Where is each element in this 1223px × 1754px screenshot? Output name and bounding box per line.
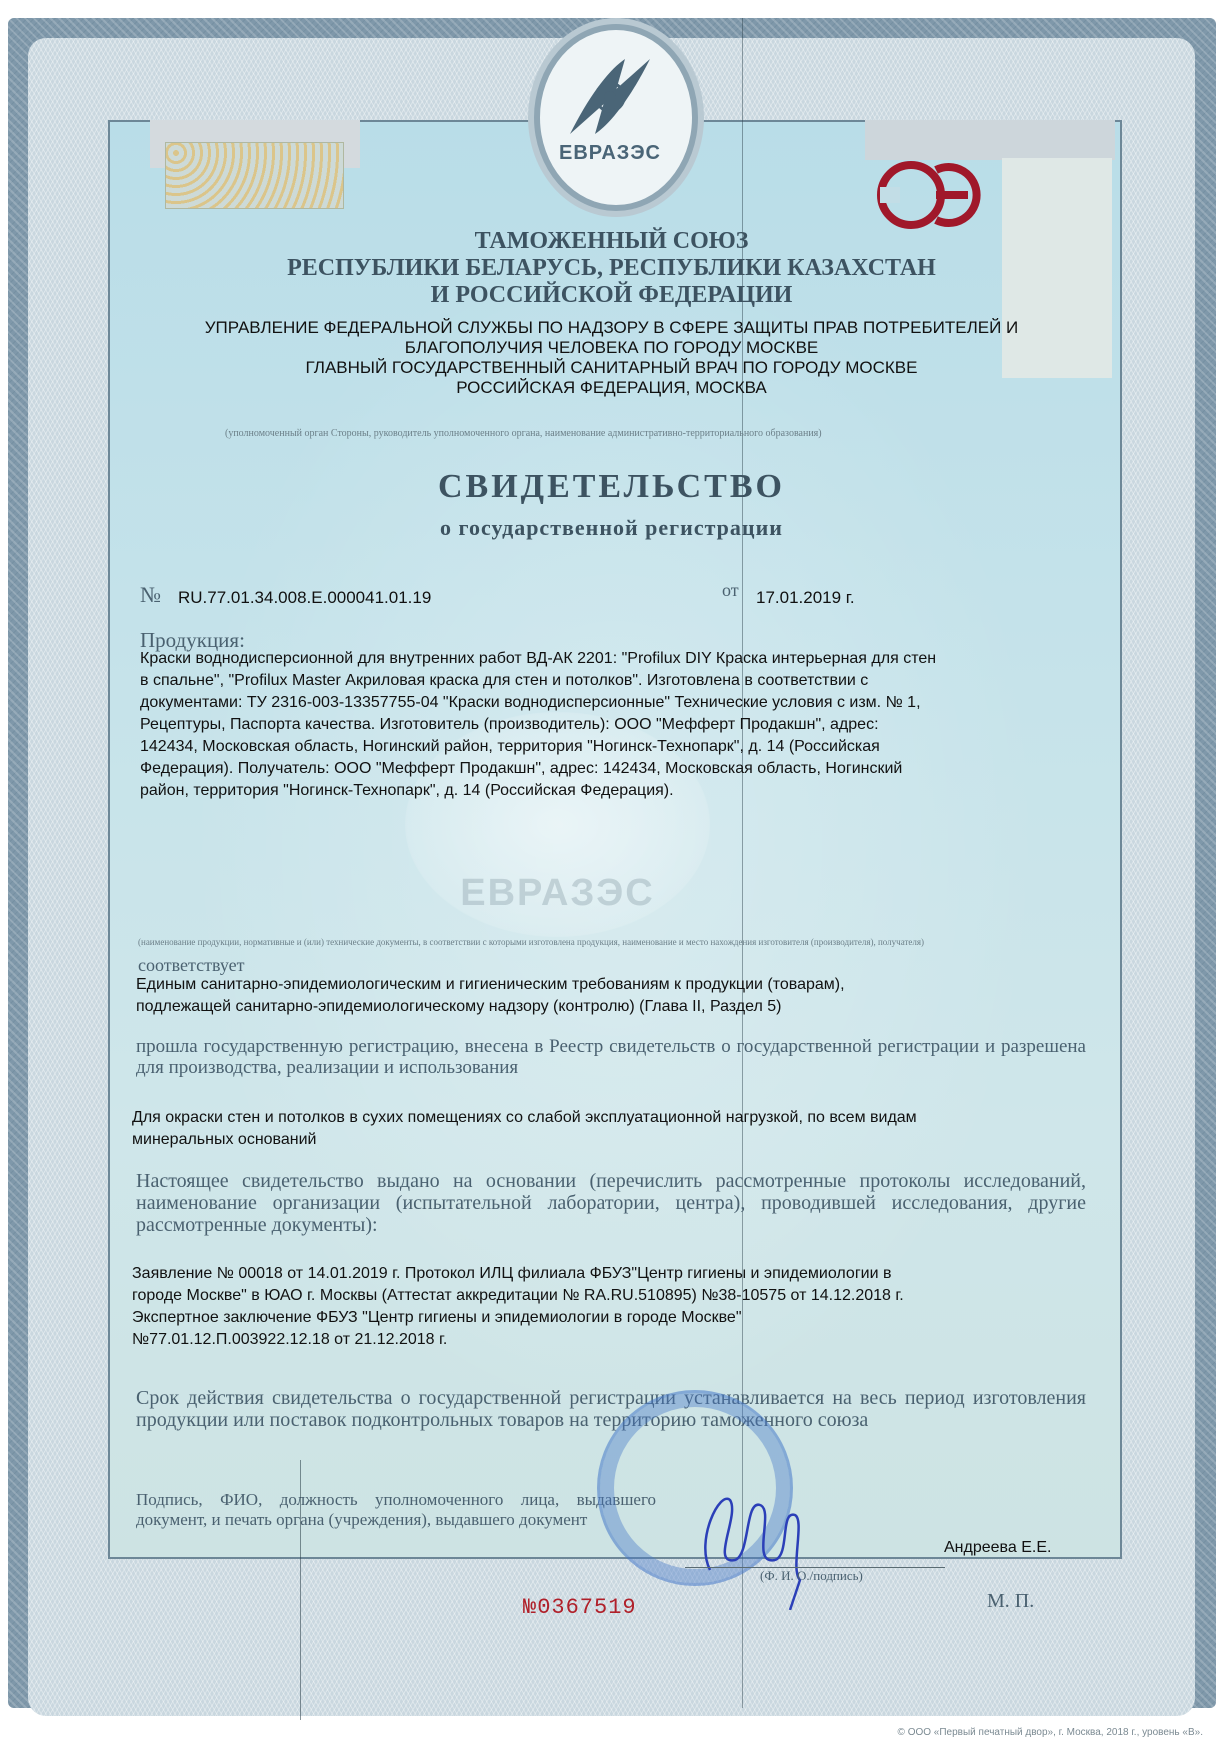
product-description: Краски воднодисперсионной для внутренних… [140,648,1100,802]
basis-line: №77.01.12.П.003922.12.18 от 21.12.2018 г… [132,1329,1092,1351]
basis-documents: Заявление № 00018 от 14.01.2019 г. Прото… [132,1263,1092,1351]
ce-conformity-mark-icon [876,155,986,235]
number-label: № [140,582,161,608]
seal-place-label: М. П. [987,1590,1034,1613]
document-subtitle: о государственной регистрации [0,515,1223,541]
authority-caption: (уполномоченный орган Стороны, руководит… [225,428,822,439]
validity-statement: Срок действия свидетельства о государств… [136,1387,1086,1431]
product-caption: (наименование продукции, нормативные и (… [138,937,924,947]
signature-caption: (Ф. И. О./подпись) [760,1568,863,1584]
usage-line: минеральных оснований [132,1129,1092,1151]
header-line-1: ТАМОЖЕННЫЙ СОЮЗ [0,228,1223,255]
conforms-line: Единым санитарно-эпидемиологическим и ги… [136,974,1096,996]
form-serial-number: №0367519 [523,1595,637,1620]
watermark-text: ЕВРАЗЭС [405,872,710,915]
product-line: район, территория "Ногинск-Технопарк", д… [140,780,1100,802]
evrazes-logo-icon [565,54,655,139]
signatory-name: Андреева Е.Е. [944,1537,1051,1559]
printer-copyright: © ООО «Первый печатный двор», г. Москва,… [898,1727,1203,1738]
registered-statement: прошла государственную регистрацию, внес… [136,1036,1086,1078]
product-line: Федерация). Получатель: ООО "Мефферт Про… [140,758,1100,780]
usage-scope: Для окраски стен и потолков в сухих поме… [132,1107,1092,1151]
conforms-line: подлежащей санитарно-эпидемиологическому… [136,996,1096,1018]
registration-date: 17.01.2019 г. [756,588,855,608]
document-title: СВИДЕТЕЛЬСТВО [0,468,1223,506]
product-line: Краски воднодисперсионной для внутренних… [140,648,1100,670]
product-line: Рецептуры, Паспорта качества. Изготовите… [140,714,1100,736]
product-line: 142434, Московская область, Ногинский ра… [140,736,1100,758]
signature-label: Подпись, ФИО, должность уполномоченного … [136,1490,656,1530]
conformity-backing [865,120,1115,160]
authority-line-4: РОССИЙСКАЯ ФЕДЕРАЦИЯ, МОСКВА [0,378,1223,398]
usage-line: Для окраски стен и потолков в сухих поме… [132,1107,1092,1129]
basis-statement: Настоящее свидетельство выдано на основа… [136,1170,1086,1236]
conforms-requirements: Единым санитарно-эпидемиологическим и ги… [136,974,1096,1018]
signature-scribble [690,1470,820,1610]
authority-line-1: УПРАВЛЕНИЕ ФЕДЕРАЛЬНОЙ СЛУЖБЫ ПО НАДЗОРУ… [0,318,1223,338]
date-label: от [722,580,739,601]
basis-line: городе Москве" в ЮАО г. Москвы (Аттестат… [132,1285,1092,1307]
basis-line: Экспертное заключение ФБУЗ "Центр гигиен… [132,1307,1092,1329]
registration-number: RU.77.01.34.008.Е.000041.01.19 [178,588,431,608]
header-line-2: РЕСПУБЛИКИ БЕЛАРУСЬ, РЕСПУБЛИКИ КАЗАХСТА… [0,255,1223,282]
product-line: в спальне", "Profilux Master Акриловая к… [140,670,1100,692]
product-line: документами: ТУ 2316-003-13357755-04 "Кр… [140,692,1100,714]
authority-line-2: БЛАГОПОЛУЧИЯ ЧЕЛОВЕКА ПО ГОРОДУ МОСКВЕ [0,338,1223,358]
authority-line-3: ГЛАВНЫЙ ГОСУДАРСТВЕННЫЙ САНИТАРНЫЙ ВРАЧ … [0,358,1223,378]
evrazes-emblem: ЕВРАЗЭС [520,14,700,204]
scan-fold-line-lower [300,1460,301,1720]
header-line-3: И РОССИЙСКОЙ ФЕДЕРАЦИИ [0,282,1223,309]
emblem-text: ЕВРАЗЭС [520,142,700,165]
conforms-label: соответствует [138,955,244,976]
basis-line: Заявление № 00018 от 14.01.2019 г. Прото… [132,1263,1092,1285]
hologram-sticker [165,142,344,209]
